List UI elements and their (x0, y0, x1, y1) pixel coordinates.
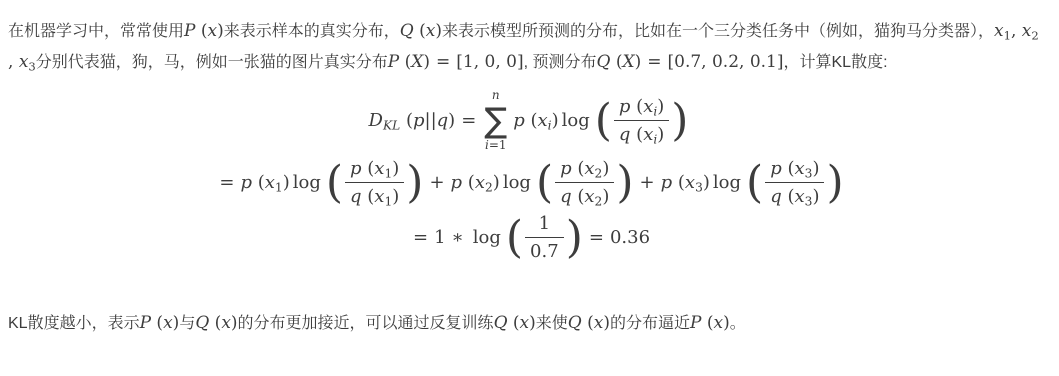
formula-line-result: =1∗log(10.7)=0.36 (8, 212, 1049, 263)
summation: n∑i=1 (484, 88, 507, 153)
math-operator: ∗ (452, 227, 464, 248)
math-text: ( (400, 110, 413, 131)
math-variable: X (623, 52, 635, 72)
math-subscripted: DKL (369, 110, 401, 131)
math-subscript: 2 (1031, 20, 1038, 50)
big-paren: ( (536, 163, 553, 203)
inline-math: Q (X)=[0.7, 0.2, 0.1] (597, 52, 784, 72)
fraction-numerator: 1 (534, 212, 555, 237)
text-run: 。 (730, 315, 746, 332)
math-operator: = (589, 227, 604, 248)
math-variable: x (163, 313, 173, 333)
math-text: 2 (1031, 28, 1038, 42)
math-base: x (584, 186, 594, 207)
math-subscript: 1 (384, 195, 392, 209)
math-text: 1 (434, 227, 445, 248)
paragraph-intro: 在机器学习中，常常使用P (x)来表示样本的真实分布，Q (x)来表示模型所预测… (8, 16, 1049, 78)
math-function: log (293, 172, 321, 193)
math-variable: P (184, 21, 195, 41)
fraction-denominator: q (x1) (345, 182, 404, 208)
math-text: ( (414, 21, 426, 41)
math-text: ( (672, 172, 685, 193)
kl-divergence-formula-block: DKL (p||q)=n∑i=1p (xi)log(p (xi)q (xi)) … (8, 88, 1049, 263)
math-operator: = (219, 172, 234, 193)
math-text: 3 (805, 195, 813, 209)
big-paren: ( (506, 218, 523, 258)
text-run: , 预测分布 (524, 54, 597, 71)
math-text: ( (195, 21, 207, 41)
math-subscript: i (653, 105, 657, 119)
inline-math: Q (x) (568, 313, 610, 333)
math-text: 2 (485, 181, 493, 195)
math-operator: + (429, 172, 444, 193)
math-subscripted: x3 (685, 172, 703, 193)
math-text: 1 (384, 167, 392, 181)
math-text: ( (782, 158, 795, 179)
math-text: ( (209, 313, 221, 333)
math-text: ) (423, 52, 430, 72)
math-subscripted: x3 (794, 158, 812, 179)
math-subscripted: x3 (794, 186, 812, 207)
math-text: ) (283, 172, 290, 193)
math-variable: x (1022, 21, 1032, 41)
math-subscript: 2 (595, 167, 603, 181)
math-subscript: 1 (384, 167, 392, 181)
math-variable: x (594, 313, 604, 333)
math-subscript: 3 (805, 195, 813, 209)
math-variable: P (690, 313, 701, 333)
math-variable: i (548, 119, 552, 133)
math-base: x (19, 52, 29, 72)
math-subscripted: x3 (19, 52, 36, 72)
math-text: 1 (275, 181, 283, 195)
math-variable: i (653, 105, 657, 119)
math-text: ) (493, 172, 500, 193)
math-text: ( (525, 110, 538, 131)
math-text: ) (552, 110, 559, 131)
math-variable: x (584, 158, 594, 179)
math-text: 3 (805, 167, 813, 181)
math-text: [0.7, 0.2, 0.1] (668, 52, 784, 72)
math-text: ) (657, 96, 664, 117)
math-text: 2 (595, 195, 603, 209)
math-variable: Q (597, 52, 611, 72)
math-variable: Q (195, 313, 209, 333)
math-variable: x (794, 186, 804, 207)
math-text: ( (572, 186, 585, 207)
math-text: ( (572, 158, 585, 179)
math-fraction: p (x1)q (x1) (345, 157, 404, 208)
fraction-numerator: p (xi) (614, 95, 669, 120)
math-variable: x (374, 158, 384, 179)
formula-line-definition: DKL (p||q)=n∑i=1p (xi)log(p (xi)q (xi)) (8, 88, 1049, 153)
math-subscript: 1 (1004, 20, 1011, 50)
math-text: ( (630, 96, 643, 117)
big-paren: ) (406, 163, 423, 203)
math-text: ) (217, 21, 224, 41)
math-subscript: i (653, 133, 657, 147)
math-variable: x (19, 52, 29, 72)
math-subscript: 3 (28, 51, 35, 81)
math-variable: q (437, 110, 449, 131)
math-variable: x (994, 21, 1004, 41)
text-run: ，计算KL散度: (784, 54, 888, 71)
math-function: log (503, 172, 531, 193)
math-text: ( (701, 313, 713, 333)
text-run: 分别代表猫，狗，马，例如一张猫的图片真实分布 (36, 54, 388, 71)
fraction-denominator: q (xi) (614, 120, 669, 146)
math-variable: x (643, 96, 653, 117)
math-base: x (1022, 21, 1032, 41)
math-text: , (1011, 21, 1022, 41)
math-text: ) (703, 172, 710, 193)
math-variable: p (661, 172, 673, 193)
math-function: log (713, 172, 741, 193)
math-text: ) (635, 52, 642, 72)
math-subscript: 3 (805, 167, 813, 181)
inline-math: Q (x) (400, 21, 442, 41)
math-variable: i (653, 133, 657, 147)
math-subscripted: x2 (584, 158, 602, 179)
math-text: 0.7 (530, 241, 559, 262)
math-operator: + (640, 172, 655, 193)
inline-math: P (X)=[1, 0, 0] (388, 52, 524, 72)
math-variable: x (426, 21, 436, 41)
math-text: ) (392, 158, 399, 179)
math-subscripted: xi (643, 96, 657, 117)
math-text: ( (362, 186, 375, 207)
fraction-numerator: p (x3) (765, 157, 824, 182)
text-run: KL散度越小，表示 (8, 315, 140, 332)
math-variable: p (451, 172, 463, 193)
math-text: 1 (1004, 28, 1011, 42)
math-text: ) (602, 158, 609, 179)
math-text: ) (657, 124, 664, 145)
math-base: x (794, 158, 804, 179)
text-run: 来使 (536, 315, 568, 332)
math-variable: x (714, 313, 724, 333)
math-variable: p (413, 110, 425, 131)
math-variable: X (411, 52, 423, 72)
math-variable: p (513, 110, 525, 131)
text-run: 来表示模型所预测的分布，比如在一个三分类任务中（例如，猫狗马分类器）， (442, 23, 994, 40)
math-subscripted: x1 (994, 21, 1011, 41)
inline-math: Q (x) (494, 313, 536, 333)
big-paren: ) (616, 163, 633, 203)
big-paren: ( (595, 101, 612, 141)
math-variable: x (475, 172, 485, 193)
math-text: ( (782, 186, 795, 207)
math-variable: q (619, 124, 631, 145)
math-text: ) (529, 313, 536, 333)
formula-line-expansion: =p (x1)log(p (x1)q (x1))+p (x2)log(p (x2… (8, 157, 1049, 208)
math-text: ) (812, 186, 819, 207)
math-variable: x (685, 172, 695, 193)
math-base: x (685, 172, 695, 193)
math-subscripted: x1 (374, 186, 392, 207)
math-text: ) (723, 313, 730, 333)
math-base: x (538, 110, 548, 131)
math-text: 0.36 (610, 227, 650, 248)
math-subscripted: xi (538, 110, 552, 131)
fraction-numerator: p (x2) (555, 157, 614, 182)
math-base: x (994, 21, 1004, 41)
big-paren: ) (566, 218, 583, 258)
math-base: x (475, 172, 485, 193)
math-text: ( (399, 52, 411, 72)
math-subscript: i (548, 119, 552, 133)
math-text: || (425, 110, 437, 131)
math-variable: x (208, 21, 218, 41)
math-text: ) (812, 158, 819, 179)
math-text: ( (508, 313, 520, 333)
math-text: 1 (384, 195, 392, 209)
math-operator: = (413, 227, 428, 248)
math-variable: n (492, 88, 500, 102)
math-text: =1 (489, 138, 507, 152)
math-variable: q (560, 186, 572, 207)
sum-lower-limit: i=1 (485, 138, 507, 154)
math-base: x (794, 186, 804, 207)
math-text: ) (392, 186, 399, 207)
math-subscripted: x2 (1022, 21, 1039, 41)
math-base: x (374, 158, 384, 179)
math-base: x (265, 172, 275, 193)
text-run: 的分布更加接近，可以通过反复训练 (238, 315, 494, 332)
math-text: 1 (539, 213, 550, 234)
math-base: x (374, 186, 384, 207)
math-subscript: 2 (485, 181, 493, 195)
math-text: [1, 0, 0] (456, 52, 523, 72)
math-base: x (643, 96, 653, 117)
math-variable: x (643, 124, 653, 145)
math-text: ( (151, 313, 163, 333)
math-operator: = (647, 52, 661, 72)
math-variable: x (794, 158, 804, 179)
math-text: ) (231, 313, 238, 333)
math-subscript: 1 (275, 181, 283, 195)
big-paren: ( (746, 163, 763, 203)
inline-math: P (x) (690, 313, 730, 333)
math-variable: q (350, 186, 362, 207)
inline-math: P (x) (140, 313, 180, 333)
math-text: 3 (695, 181, 703, 195)
math-variable: P (388, 52, 399, 72)
fraction-numerator: p (x1) (345, 157, 404, 182)
math-variable: p (240, 172, 252, 193)
math-subscripted: x1 (265, 172, 283, 193)
math-subscripted: xi (643, 124, 657, 145)
math-text: ) (448, 110, 455, 131)
math-variable: Q (568, 313, 582, 333)
fraction-denominator: q (x3) (765, 182, 824, 208)
math-variable: x (584, 186, 594, 207)
math-fraction: 10.7 (525, 212, 564, 263)
math-operator: = (436, 52, 450, 72)
fraction-denominator: q (x2) (555, 182, 614, 208)
math-subscript: KL (383, 119, 400, 133)
math-fraction: p (x2)q (x2) (555, 157, 614, 208)
inline-math: Q (x) (195, 313, 237, 333)
math-variable: x (221, 313, 231, 333)
math-subscripted: x2 (584, 186, 602, 207)
math-text: ( (582, 313, 594, 333)
math-function: log (473, 227, 501, 248)
math-text: ( (610, 52, 622, 72)
math-text: ( (630, 124, 643, 145)
math-variable: Q (400, 21, 414, 41)
math-text: 3 (28, 59, 35, 73)
math-fraction: p (xi)q (xi) (614, 95, 669, 146)
math-function: log (562, 110, 590, 131)
math-base: x (643, 124, 653, 145)
math-fraction: p (x3)q (x3) (765, 157, 824, 208)
fraction-denominator: 0.7 (525, 237, 564, 263)
math-operator: = (461, 110, 476, 131)
math-subscript: 2 (595, 195, 603, 209)
sigma-icon: ∑ (484, 104, 507, 138)
math-base: D (369, 110, 383, 131)
math-variable: x (265, 172, 275, 193)
math-variable: x (538, 110, 548, 131)
text-run: 在机器学习中，常常使用 (8, 23, 184, 40)
big-paren: ) (826, 163, 843, 203)
math-text: ( (252, 172, 265, 193)
math-variable: Q (494, 313, 508, 333)
math-text: ( (362, 158, 375, 179)
math-variable: KL (383, 119, 400, 133)
math-variable: P (140, 313, 151, 333)
big-paren: ( (326, 163, 343, 203)
math-subscripted: x1 (374, 158, 392, 179)
math-text: ) (602, 186, 609, 207)
math-variable: q (770, 186, 782, 207)
math-text: ( (462, 172, 475, 193)
math-base: x (584, 158, 594, 179)
article-body: 在机器学习中，常常使用P (x)来表示样本的真实分布，Q (x)来表示模型所预测… (0, 0, 1059, 376)
math-variable: x (520, 313, 530, 333)
text-run: 与 (179, 315, 195, 332)
math-text: 2 (595, 167, 603, 181)
math-text: , (8, 52, 19, 72)
text-run: 的分布逼近 (610, 315, 690, 332)
inline-math: P (x) (184, 21, 224, 41)
math-text: ) (435, 21, 442, 41)
paragraph-conclusion: KL散度越小，表示P (x)与Q (x)的分布更加接近，可以通过反复训练Q (x… (8, 311, 1049, 336)
math-subscript: 3 (695, 181, 703, 195)
math-variable: x (374, 186, 384, 207)
math-variable: p (770, 158, 782, 179)
math-variable: p (350, 158, 362, 179)
math-variable: p (619, 96, 631, 117)
math-variable: p (560, 158, 572, 179)
text-run: 来表示样本的真实分布， (224, 23, 400, 40)
math-variable: D (369, 110, 383, 131)
big-paren: ) (671, 101, 688, 141)
math-subscripted: x2 (475, 172, 493, 193)
